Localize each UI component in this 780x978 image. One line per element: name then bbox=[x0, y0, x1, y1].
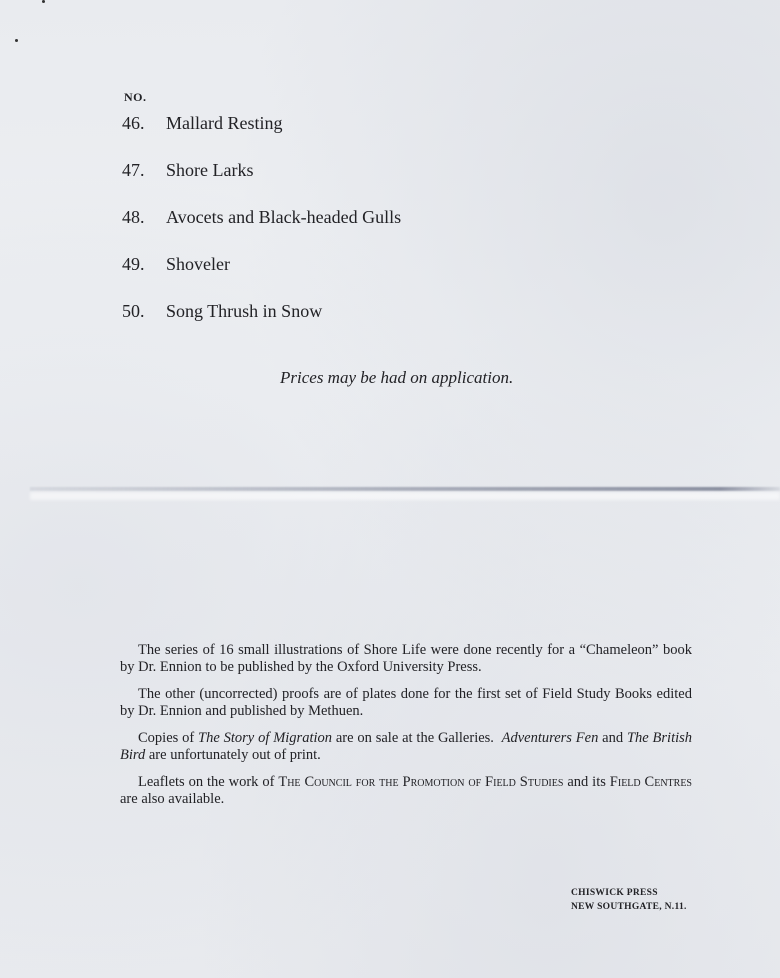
organization-name: The Council for the Promotion of Field S… bbox=[278, 774, 563, 790]
ink-speck bbox=[15, 39, 18, 42]
text: are unfortunately out of print. bbox=[145, 747, 321, 763]
text: are also available. bbox=[120, 791, 224, 807]
text: are on sale at the Galleries. bbox=[332, 730, 502, 746]
note-paragraph-copies: Copies of The Story of Migration are on … bbox=[120, 730, 692, 764]
note-paragraph-shore-life: The series of 16 small illustrations of … bbox=[120, 642, 692, 676]
list-header: NO. bbox=[124, 90, 147, 105]
document-page: NO. 46. Mallard Resting 47. Shore Larks … bbox=[0, 0, 780, 978]
list-item: 47. Shore Larks bbox=[122, 157, 401, 204]
notes-section: The series of 16 small illustrations of … bbox=[120, 642, 692, 818]
list-item: 50. Song Thrush in Snow bbox=[122, 298, 401, 345]
plate-title: Song Thrush in Snow bbox=[166, 298, 322, 345]
centres-name: Field Centres bbox=[610, 774, 692, 790]
imprint-line: NEW SOUTHGATE, N.11. bbox=[571, 900, 687, 914]
text: Leaflets on the work of bbox=[138, 774, 278, 790]
text: and its bbox=[563, 774, 609, 790]
paper-fold-highlight bbox=[30, 492, 780, 500]
plate-title: Mallard Resting bbox=[166, 110, 282, 157]
note-paragraph-leaflets: Leaflets on the work of The Council for … bbox=[120, 774, 692, 808]
plate-list: 46. Mallard Resting 47. Shore Larks 48. … bbox=[122, 110, 401, 345]
list-item: 46. Mallard Resting bbox=[122, 110, 401, 157]
printer-imprint: CHISWICK PRESS NEW SOUTHGATE, N.11. bbox=[571, 886, 687, 914]
plate-title: Shore Larks bbox=[166, 157, 253, 204]
list-item: 48. Avocets and Black-headed Gulls bbox=[122, 204, 401, 251]
paper-fold-crease bbox=[30, 487, 780, 491]
plate-number: 48. bbox=[122, 204, 166, 251]
book-title: The Story of Migration bbox=[198, 730, 332, 746]
list-item: 49. Shoveler bbox=[122, 251, 401, 298]
plate-number: 49. bbox=[122, 251, 166, 298]
plate-number: 46. bbox=[122, 110, 166, 157]
plate-title: Shoveler bbox=[166, 251, 230, 298]
text: Copies of bbox=[138, 730, 198, 746]
book-title: Adventurers Fen bbox=[502, 730, 599, 746]
plate-number: 47. bbox=[122, 157, 166, 204]
note-paragraph-proofs: The other (uncorrected) proofs are of pl… bbox=[120, 686, 692, 720]
plate-number: 50. bbox=[122, 298, 166, 345]
text: and bbox=[598, 730, 627, 746]
prices-note: Prices may be had on application. bbox=[280, 368, 513, 388]
plate-title: Avocets and Black-headed Gulls bbox=[166, 204, 401, 251]
imprint-line: CHISWICK PRESS bbox=[571, 886, 687, 900]
ink-speck bbox=[42, 0, 45, 3]
